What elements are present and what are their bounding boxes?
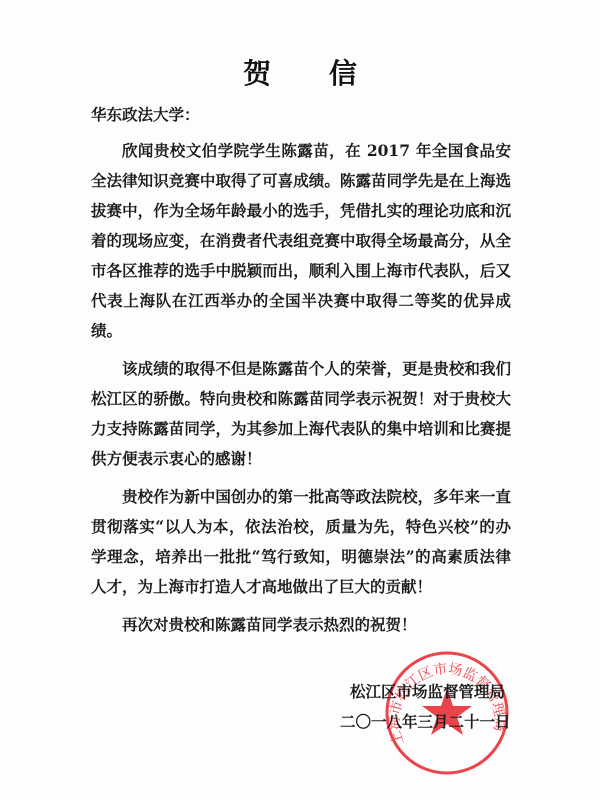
date: 二〇一八年三月二十一日 (340, 710, 511, 732)
signature: 松江区市场监督管理局 (350, 680, 505, 702)
letter-body: 欣闻贵校文伯学院学生陈露苗，在 2017 年全国食品安全法律知识竞赛中取得了可喜… (91, 136, 511, 648)
salutation: 华东政法大学： (91, 103, 200, 125)
paragraph-1: 欣闻贵校文伯学院学生陈露苗，在 2017 年全国食品安全法律知识竞赛中取得了可喜… (91, 136, 511, 346)
paragraph-4: 再次对贵校和陈露苗同学表示热烈的祝贺！ (91, 610, 511, 640)
paragraph-2: 该成绩的取得不但是陈露苗个人的荣誉，更是贵校和我们松江区的骄傲。特向贵校和陈露苗… (91, 354, 511, 474)
letter-title: 贺 信 (0, 52, 600, 92)
paragraph-3: 贵校作为新中国创办的第一批高等政法院校，多年来一直贯彻落实“以人为本，依法治校，… (91, 482, 511, 602)
